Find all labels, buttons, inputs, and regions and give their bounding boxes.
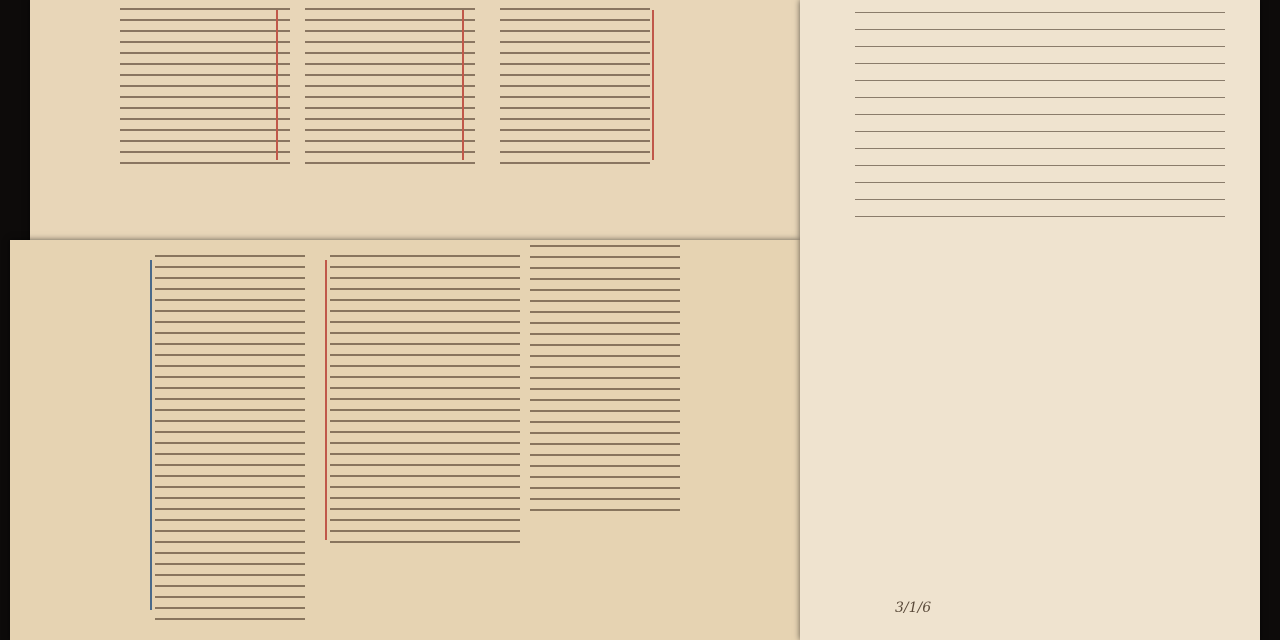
red-rule — [325, 260, 327, 540]
red-rule — [652, 10, 654, 160]
blue-rule — [150, 260, 152, 610]
lower-parchment-fragment — [10, 240, 800, 640]
text-column-3 — [500, 8, 650, 168]
text-column-2 — [305, 8, 475, 168]
text-column-3 — [530, 245, 680, 515]
red-rule — [462, 10, 464, 160]
paper-page: 3/1/6 — [800, 0, 1260, 640]
text-column-2 — [330, 255, 520, 545]
upper-parchment-fragment — [30, 0, 800, 250]
handwritten-text — [855, 12, 1225, 222]
red-rule — [276, 10, 278, 160]
text-column-1 — [120, 8, 290, 168]
text-column-1 — [155, 255, 305, 625]
folio-mark: 3/1/6 — [895, 600, 931, 616]
